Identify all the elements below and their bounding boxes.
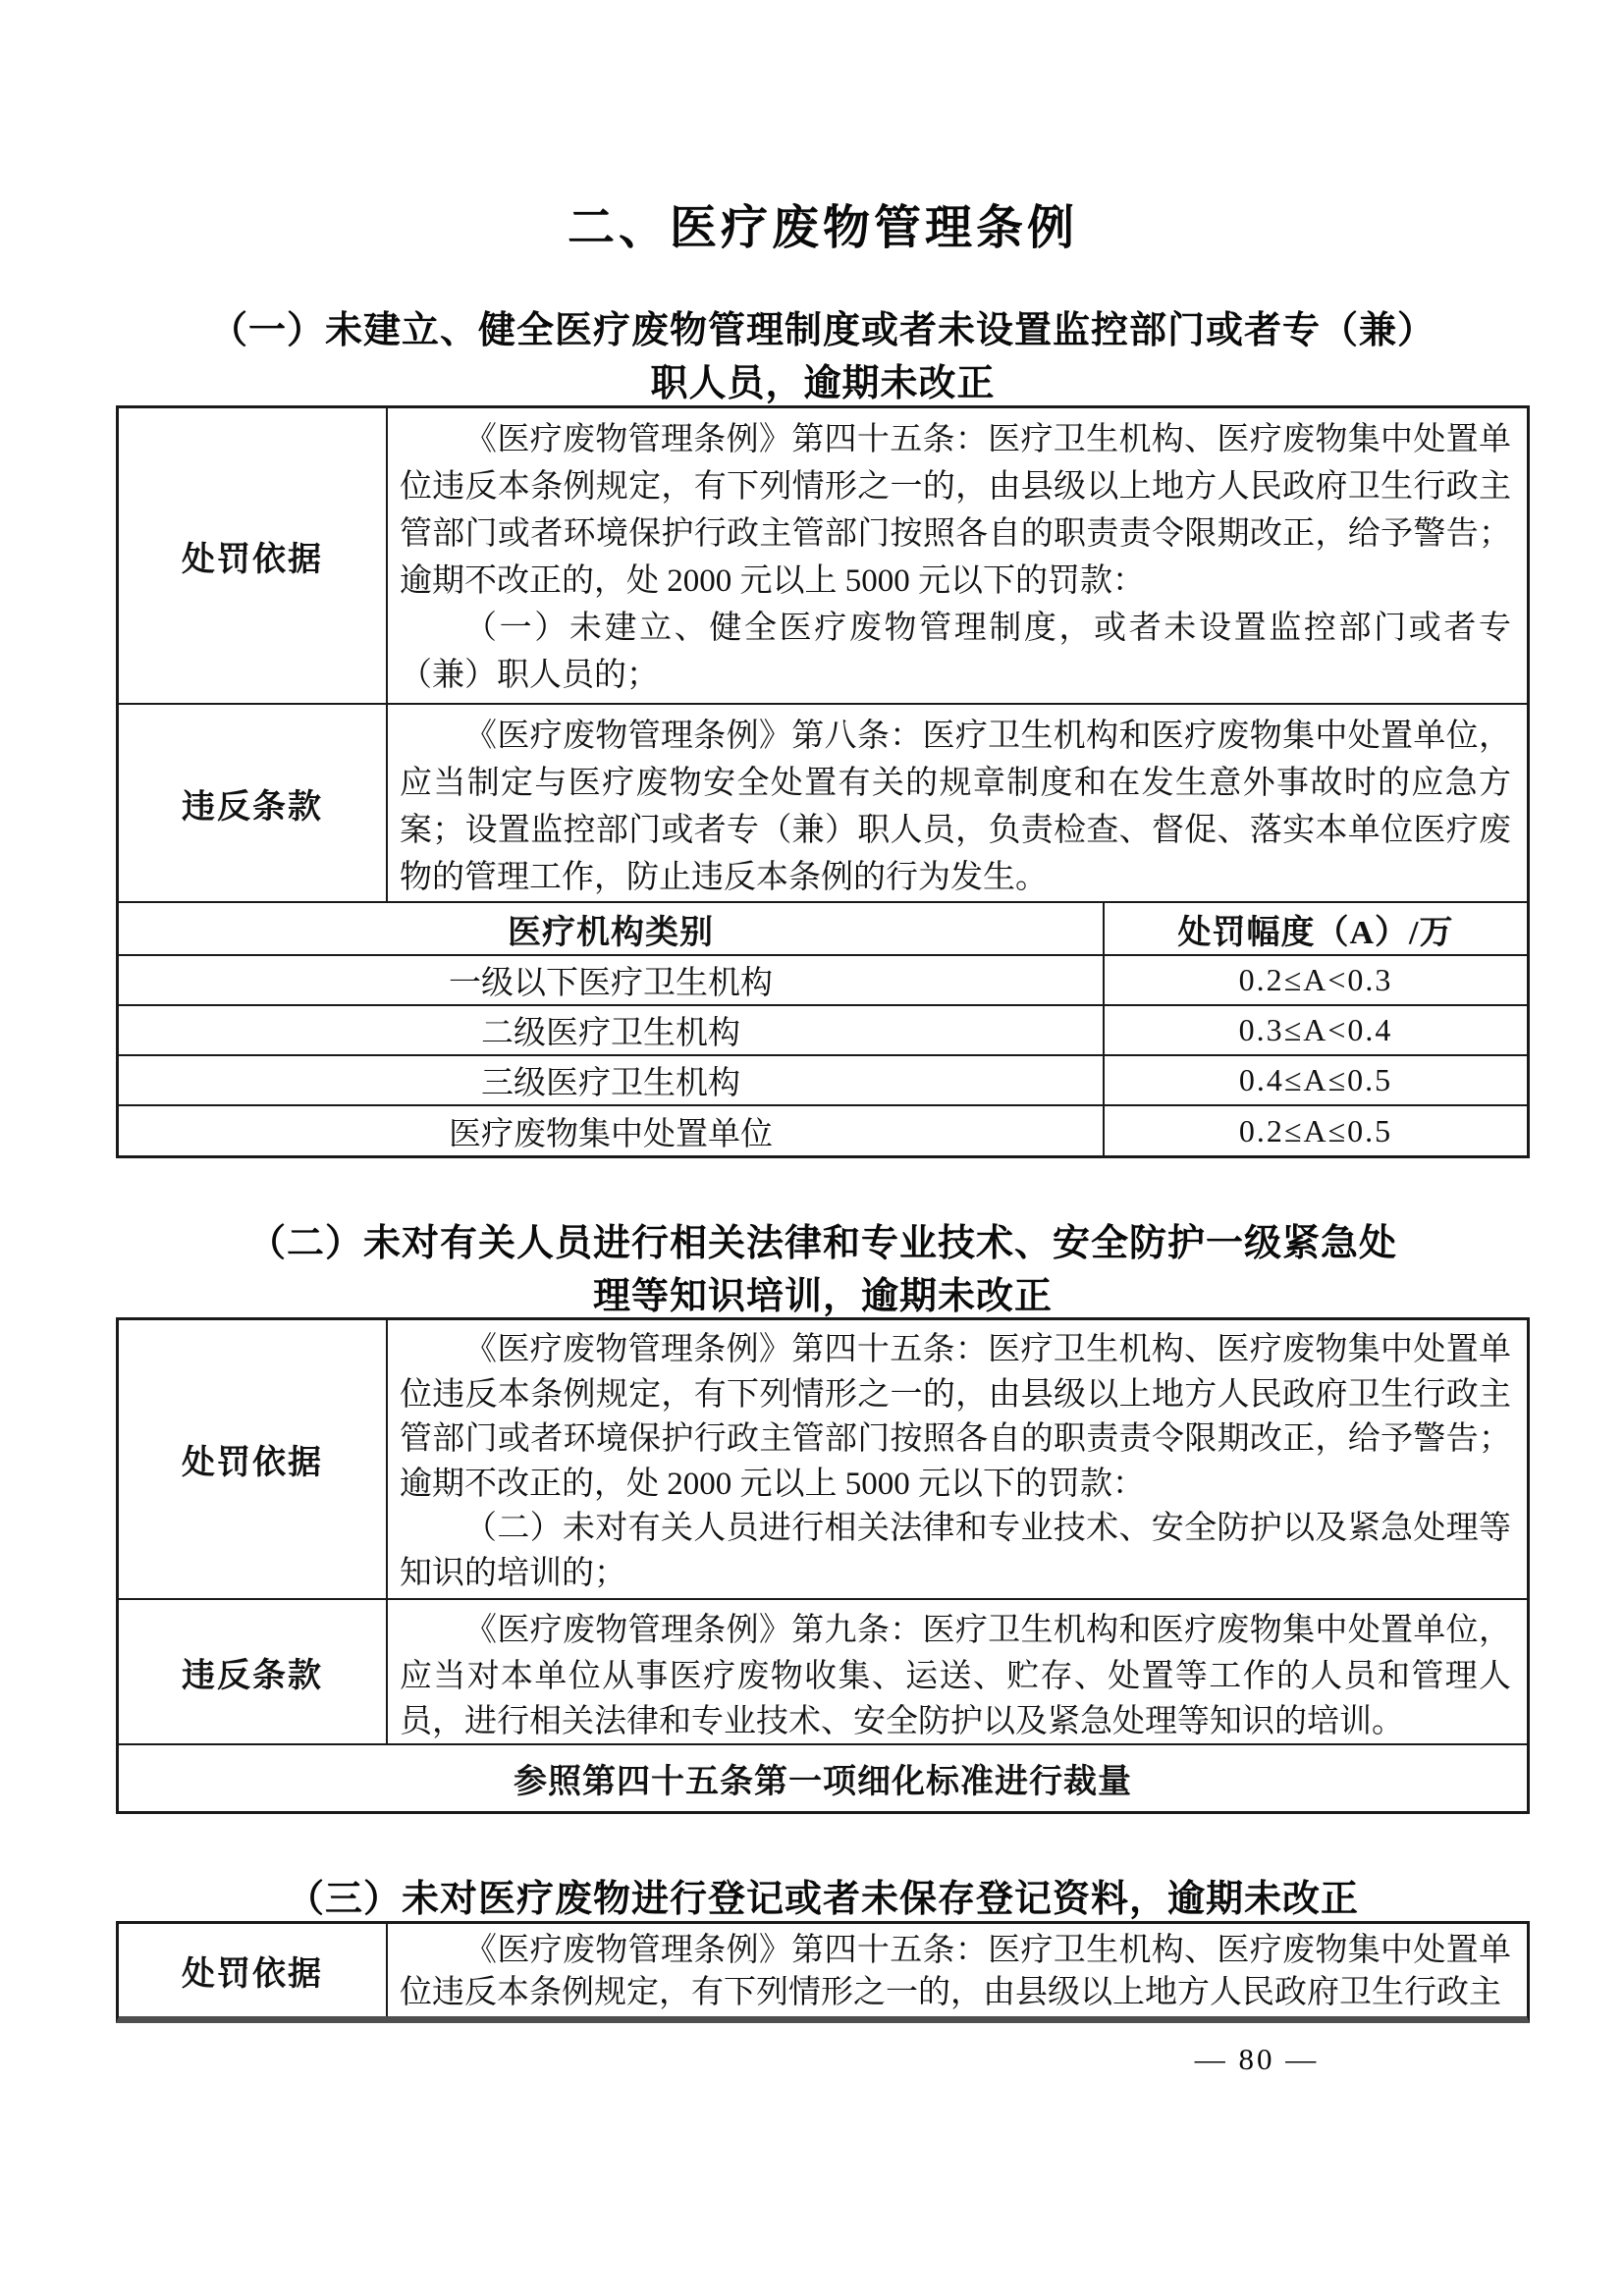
paragraph: 《医疗废物管理条例》第四十五条：医疗卫生机构、医疗废物集中处置单位违反本条例规定… [400,1328,1511,1507]
category-cell: 医疗废物集中处置单位 [119,1106,1105,1155]
range-cell: 0.3≤A<0.4 [1105,1006,1527,1054]
violated-clause-text: 《医疗废物管理条例》第九条：医疗卫生机构和医疗废物集中处置单位，应当对本单位从事… [388,1600,1527,1743]
section-2-table: 处罚依据 《医疗废物管理条例》第四十五条：医疗卫生机构、医疗废物集中处置单位违反… [116,1317,1530,1814]
penalty-basis-label: 处罚依据 [119,1320,388,1598]
table-row: 医疗废物集中处置单位 0.2≤A≤0.5 [119,1104,1527,1155]
table-row-penalty-basis: 处罚依据 《医疗废物管理条例》第四十五条：医疗卫生机构、医疗废物集中处置单位违反… [119,1320,1527,1598]
violated-clause-label: 违反条款 [119,1600,388,1743]
penalty-basis-text: 《医疗废物管理条例》第四十五条：医疗卫生机构、医疗废物集中处置单位违反本条例规定… [388,1924,1527,2016]
ruling-text: 参照第四十五条第一项细化标准进行裁量 [514,1754,1132,1802]
range-cell: 0.2≤A<0.3 [1105,956,1527,1004]
category-cell: 一级以下医疗卫生机构 [119,956,1105,1004]
table-row-penalty-basis: 处罚依据 《医疗废物管理条例》第四十五条：医疗卫生机构、医疗废物集中处置单位违反… [119,1924,1527,2016]
table-row: 三级医疗卫生机构 0.4≤A≤0.5 [119,1054,1527,1104]
paragraph: 《医疗废物管理条例》第四十五条：医疗卫生机构、医疗废物集中处置单位违反本条例规定… [400,1930,1511,2014]
table-row-penalty-basis: 处罚依据 《医疗废物管理条例》第四十五条：医疗卫生机构、医疗废物集中处置单位违反… [119,408,1527,703]
section-3-table: 处罚依据 《医疗废物管理条例》第四十五条：医疗卫生机构、医疗废物集中处置单位违反… [116,1921,1530,2023]
section-1-heading: （一）未建立、健全医疗废物管理制度或者未设置监控部门或者专（兼） 职人员，逾期未… [116,304,1530,410]
violated-clause-text: 《医疗废物管理条例》第八条：医疗卫生机构和医疗废物集中处置单位，应当制定与医疗废… [388,705,1527,901]
category-header-row: 医疗机构类别 处罚幅度（A）/万 [119,901,1527,954]
category-cell: 三级医疗卫生机构 [119,1056,1105,1104]
table-row: 二级医疗卫生机构 0.3≤A<0.4 [119,1004,1527,1054]
document-page: { "doc": { "title": "二、医疗废物管理条例", "page_… [0,0,1624,2296]
ruling-row: 参照第四十五条第一项细化标准进行裁量 [119,1743,1527,1811]
paragraph: （一）未建立、健全医疗废物管理制度，或者未设置监控部门或者专（兼）职人员的； [400,605,1511,699]
section-2-heading: （二）未对有关人员进行相关法律和专业技术、安全防护一级紧急处 理等知识培训，逾期… [116,1217,1530,1323]
paragraph: 《医疗废物管理条例》第八条：医疗卫生机构和医疗废物集中处置单位，应当制定与医疗废… [400,713,1511,901]
paragraph: 《医疗废物管理条例》第九条：医疗卫生机构和医疗废物集中处置单位，应当对本单位从事… [400,1608,1511,1743]
penalty-basis-text: 《医疗废物管理条例》第四十五条：医疗卫生机构、医疗废物集中处置单位违反本条例规定… [388,408,1527,703]
section-3-heading: （三）未对医疗废物进行登记或者未保存登记资料，逾期未改正 [116,1873,1530,1926]
range-cell: 0.2≤A≤0.5 [1105,1106,1527,1155]
page-number: — 80 — [1129,2042,1384,2077]
paragraph: 《医疗废物管理条例》第四十五条：医疗卫生机构、医疗废物集中处置单位违反本条例规定… [400,416,1511,605]
range-cell: 0.4≤A≤0.5 [1105,1056,1527,1104]
category-column-header: 医疗机构类别 [119,903,1105,954]
penalty-basis-label: 处罚依据 [119,408,388,703]
table-row: 一级以下医疗卫生机构 0.2≤A<0.3 [119,954,1527,1004]
penalty-basis-label: 处罚依据 [119,1924,388,2016]
violated-clause-label: 违反条款 [119,705,388,901]
penalty-basis-text: 《医疗废物管理条例》第四十五条：医疗卫生机构、医疗废物集中处置单位违反本条例规定… [388,1320,1527,1598]
paragraph: （二）未对有关人员进行相关法律和专业技术、安全防护以及紧急处理等知识的培训的； [400,1507,1511,1596]
table-row-violated-clause: 违反条款 《医疗废物管理条例》第九条：医疗卫生机构和医疗废物集中处置单位，应当对… [119,1598,1527,1743]
table-row-violated-clause: 违反条款 《医疗废物管理条例》第八条：医疗卫生机构和医疗废物集中处置单位，应当制… [119,703,1527,901]
category-cell: 二级医疗卫生机构 [119,1006,1105,1054]
range-column-header: 处罚幅度（A）/万 [1105,903,1527,954]
page-title: 二、医疗废物管理条例 [116,189,1530,257]
section-1-table: 处罚依据 《医疗废物管理条例》第四十五条：医疗卫生机构、医疗废物集中处置单位违反… [116,405,1530,1158]
